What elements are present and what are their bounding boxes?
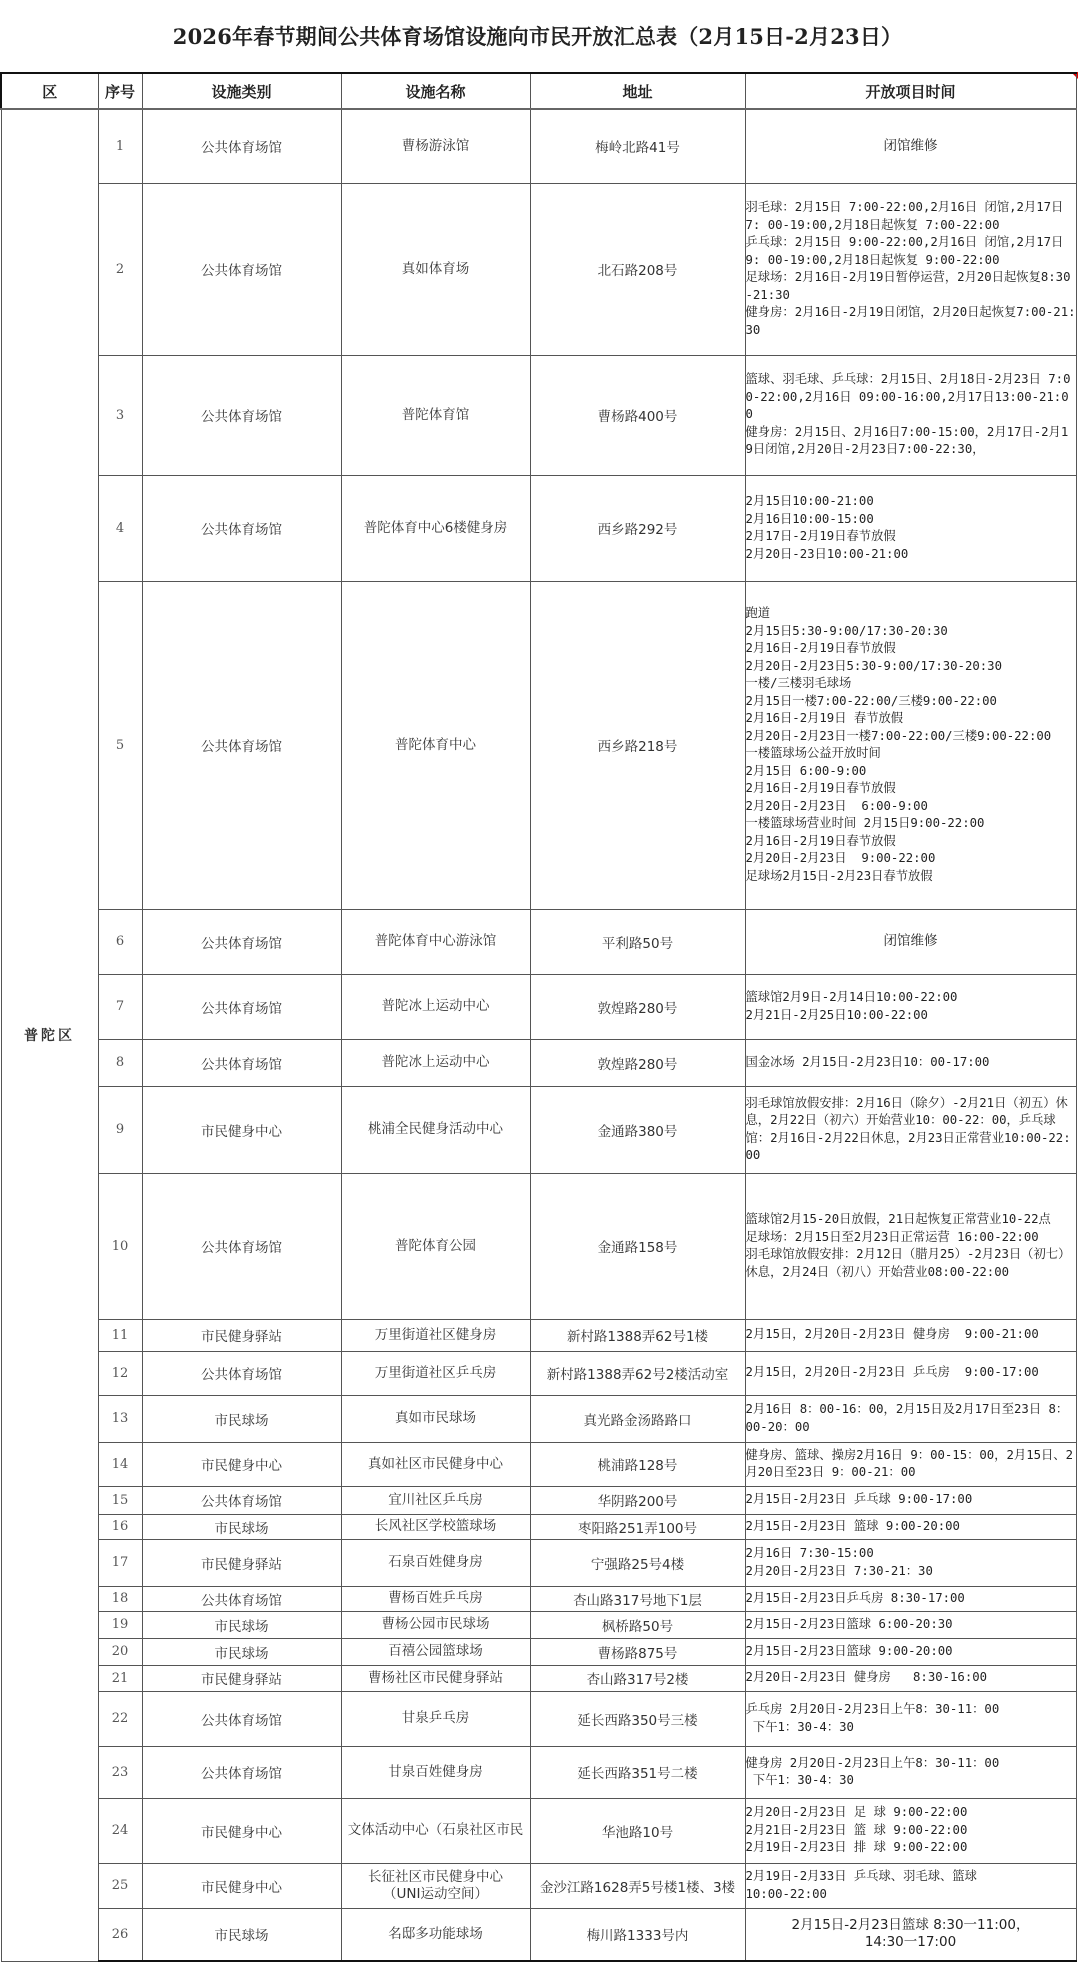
seq-cell: 14 [98,1442,142,1486]
category-cell: 公共体育场馆 [142,1586,341,1611]
address-cell: 平利路50号 [530,909,745,974]
address-cell: 桃浦路128号 [530,1442,745,1486]
address-cell: 金沙江路1628弄5号楼1楼、3楼 [530,1863,745,1908]
table-row: 21市民健身驿站曹杨社区市民健身驿站杏山路317号2楼2月20日-2月23日 健… [1,1665,1076,1691]
table-row: 19市民球场曹杨公园市民球场枫桥路50号2月15日-2月23日篮球 6:00-2… [1,1611,1076,1638]
address-cell: 西乡路292号 [530,475,745,581]
table-row: 5公共体育场馆普陀体育中心西乡路218号跑道 2月15日5:30-9:00/17… [1,581,1076,909]
category-cell: 市民健身驿站 [142,1319,341,1351]
hours-cell: 篮球馆2月9日-2月14日10:00-22:00 2月21日-2月25日10:0… [745,974,1076,1039]
table-row: 3公共体育场馆普陀体育馆曹杨路400号篮球、羽毛球、乒乓球：2月15日、2月18… [1,355,1076,475]
facility-name-cell: 曹杨百姓乒乓房 [341,1586,530,1611]
address-cell: 延长西路350号三楼 [530,1691,745,1746]
seq-cell: 18 [98,1586,142,1611]
hours-cell: 2月15日-2月23日乒乓房 8:30-17:00 [745,1586,1076,1611]
hours-cell: 篮球馆2月15-20日放假，21日起恢复正常营业10-22点 足球场：2月15日… [745,1173,1076,1319]
facility-name-cell: 曹杨游泳馆 [341,109,530,183]
table-row: 24市民健身中心文体活动中心（石泉社区市民华池路10号2月20日-2月23日 足… [1,1798,1076,1863]
facility-name-cell: 普陀体育中心 [341,581,530,909]
header-category: 设施类别 [142,73,341,109]
address-cell: 新村路1388弄62号2楼活动室 [530,1351,745,1395]
seq-cell: 7 [98,974,142,1039]
facility-name-cell: 真如市民球场 [341,1395,530,1442]
page-title: 2026年春节期间公共体育场馆设施向市民开放汇总表（2月15日-2月23日） [0,0,1075,72]
hours-cell: 乒乓房 2月20日-2月23日上午8：30-11：00 下午1：30-4：30 [745,1691,1076,1746]
seq-cell: 2 [98,183,142,355]
table-row: 17市民健身驿站石泉百姓健身房宁强路25号4楼2月16日 7:30-15:00 … [1,1539,1076,1586]
address-cell: 杏山路317号2楼 [530,1665,745,1691]
header-name: 设施名称 [341,73,530,109]
table-row: 15公共体育场馆宜川社区乒乓房华阴路200号2月15日-2月23日 乒乓球 9:… [1,1486,1076,1514]
seq-cell: 12 [98,1351,142,1395]
address-cell: 北石路208号 [530,183,745,355]
hours-cell: 闭馆维修 [745,909,1076,974]
category-cell: 市民球场 [142,1395,341,1442]
facility-name-cell: 真如社区市民健身中心 [341,1442,530,1486]
seq-cell: 17 [98,1539,142,1586]
seq-cell: 10 [98,1173,142,1319]
facility-name-cell: 曹杨社区市民健身驿站 [341,1665,530,1691]
header-address: 地址 [530,73,745,109]
table-header-row: 区 序号 设施类别 设施名称 地址 开放项目时间 [1,73,1076,109]
table-row: 22公共体育场馆甘泉乒乓房延长西路350号三楼乒乓房 2月20日-2月23日上午… [1,1691,1076,1746]
facility-name-cell: 长征社区市民健身中心 （UNI运动空间） [341,1863,530,1908]
address-cell: 梅岭北路41号 [530,109,745,183]
hours-cell: 2月16日 7:30-15:00 2月20日-2月23日 7:30-21：30 [745,1539,1076,1586]
facility-name-cell: 甘泉乒乓房 [341,1691,530,1746]
address-cell: 华阴路200号 [530,1486,745,1514]
hours-cell: 跑道 2月15日5:30-9:00/17:30-20:30 2月16日-2月19… [745,581,1076,909]
category-cell: 市民健身驿站 [142,1665,341,1691]
hours-cell: 2月15日-2月23日篮球 8:30一11:00， 14:30一17:00 [745,1908,1076,1961]
facility-name-cell: 文体活动中心（石泉社区市民 [341,1798,530,1863]
table-row: 普陀区1公共体育场馆曹杨游泳馆梅岭北路41号闭馆维修 [1,109,1076,183]
seq-cell: 15 [98,1486,142,1514]
category-cell: 公共体育场馆 [142,1173,341,1319]
hours-cell: 2月15日-2月23日篮球 9:00-20:00 [745,1638,1076,1665]
district-cell: 普陀区 [1,109,98,1961]
facility-name-cell: 万里街道社区乒乓房 [341,1351,530,1395]
address-cell: 敦煌路280号 [530,1039,745,1086]
facility-name-cell: 曹杨公园市民球场 [341,1611,530,1638]
hours-cell: 闭馆维修 [745,109,1076,183]
address-cell: 曹杨路875号 [530,1638,745,1665]
table-row: 26市民球场名邸多功能球场梅川路1333号内2月15日-2月23日篮球 8:30… [1,1908,1076,1961]
seq-cell: 20 [98,1638,142,1665]
address-cell: 曹杨路400号 [530,355,745,475]
address-cell: 华池路10号 [530,1798,745,1863]
hours-cell: 羽毛球馆放假安排：2月16日（除夕）-2月21日（初五）休息，2月22日（初六）… [745,1086,1076,1173]
seq-cell: 11 [98,1319,142,1351]
facility-name-cell: 普陀冰上运动中心 [341,974,530,1039]
facility-name-cell: 普陀体育中心游泳馆 [341,909,530,974]
facility-name-cell: 普陀体育中心6楼健身房 [341,475,530,581]
header-district: 区 [1,73,98,109]
facility-name-cell: 万里街道社区健身房 [341,1319,530,1351]
category-cell: 公共体育场馆 [142,183,341,355]
seq-cell: 24 [98,1798,142,1863]
hours-cell: 2月15日，2月20日-2月23日 乒乓房 9:00-17:00 [745,1351,1076,1395]
facility-name-cell: 宜川社区乒乓房 [341,1486,530,1514]
hours-cell: 2月19日-2月33日 乒乓球、羽毛球、篮球 10:00-22:00 [745,1863,1076,1908]
facility-name-cell: 真如体育场 [341,183,530,355]
table-row: 25市民健身中心长征社区市民健身中心 （UNI运动空间）金沙江路1628弄5号楼… [1,1863,1076,1908]
category-cell: 公共体育场馆 [142,1486,341,1514]
seq-cell: 22 [98,1691,142,1746]
category-cell: 市民健身中心 [142,1442,341,1486]
facility-name-cell: 桃浦全民健身活动中心 [341,1086,530,1173]
category-cell: 公共体育场馆 [142,355,341,475]
seq-cell: 9 [98,1086,142,1173]
hours-cell: 健身房、篮球、操房2月16日 9：00-15：00，2月15日、2月20日至23… [745,1442,1076,1486]
table-row: 10公共体育场馆普陀体育公园金通路158号篮球馆2月15-20日放假，21日起恢… [1,1173,1076,1319]
table-row: 20市民球场百禧公园篮球场曹杨路875号2月15日-2月23日篮球 9:00-2… [1,1638,1076,1665]
hours-cell: 2月15日-2月23日篮球 6:00-20:30 [745,1611,1076,1638]
facility-name-cell: 石泉百姓健身房 [341,1539,530,1586]
address-cell: 枣阳路251弄100号 [530,1514,745,1539]
address-cell: 金通路380号 [530,1086,745,1173]
table-row: 12公共体育场馆万里街道社区乒乓房新村路1388弄62号2楼活动室2月15日，2… [1,1351,1076,1395]
address-cell: 宁强路25号4楼 [530,1539,745,1586]
header-hours: 开放项目时间 [745,73,1076,109]
category-cell: 公共体育场馆 [142,909,341,974]
address-cell: 杏山路317号地下1层 [530,1586,745,1611]
hours-cell: 国金冰场 2月15日-2月23日10：00-17:00 [745,1039,1076,1086]
table-row: 7公共体育场馆普陀冰上运动中心敦煌路280号篮球馆2月9日-2月14日10:00… [1,974,1076,1039]
hours-cell: 2月15日，2月20日-2月23日 健身房 9:00-21:00 [745,1319,1076,1351]
hours-cell: 2月20日-2月23日 足 球 9:00-22:00 2月21日-2月23日 篮… [745,1798,1076,1863]
facility-name-cell: 普陀体育公园 [341,1173,530,1319]
facility-name-cell: 普陀体育馆 [341,355,530,475]
category-cell: 公共体育场馆 [142,974,341,1039]
facility-name-cell: 甘泉百姓健身房 [341,1746,530,1798]
seq-cell: 26 [98,1908,142,1961]
table-row: 13市民球场真如市民球场真光路金汤路路口2月16日 8：00-16：00，2月1… [1,1395,1076,1442]
facility-name-cell: 名邸多功能球场 [341,1908,530,1961]
category-cell: 公共体育场馆 [142,1039,341,1086]
seq-cell: 1 [98,109,142,183]
table-row: 4公共体育场馆普陀体育中心6楼健身房西乡路292号2月15日10:00-21:0… [1,475,1076,581]
category-cell: 市民球场 [142,1611,341,1638]
seq-cell: 5 [98,581,142,909]
table-row: 6公共体育场馆普陀体育中心游泳馆平利路50号闭馆维修 [1,909,1076,974]
seq-cell: 16 [98,1514,142,1539]
table-row: 8公共体育场馆普陀冰上运动中心敦煌路280号国金冰场 2月15日-2月23日10… [1,1039,1076,1086]
category-cell: 市民健身中心 [142,1086,341,1173]
category-cell: 公共体育场馆 [142,109,341,183]
category-cell: 公共体育场馆 [142,581,341,909]
seq-cell: 6 [98,909,142,974]
category-cell: 市民健身驿站 [142,1539,341,1586]
category-cell: 公共体育场馆 [142,1691,341,1746]
facility-name-cell: 长风社区学校篮球场 [341,1514,530,1539]
hours-cell: 羽毛球：2月15日 7:00-22:00,2月16日 闭馆,2月17日7: 00… [745,183,1076,355]
category-cell: 市民健身中心 [142,1863,341,1908]
facility-name-cell: 百禧公园篮球场 [341,1638,530,1665]
address-cell: 金通路158号 [530,1173,745,1319]
hours-cell: 2月15日-2月23日 乒乓球 9:00-17:00 [745,1486,1076,1514]
category-cell: 公共体育场馆 [142,475,341,581]
table-row: 18公共体育场馆曹杨百姓乒乓房杏山路317号地下1层2月15日-2月23日乒乓房… [1,1586,1076,1611]
category-cell: 市民球场 [142,1514,341,1539]
seq-cell: 4 [98,475,142,581]
hours-cell: 2月20日-2月23日 健身房 8:30-16:00 [745,1665,1076,1691]
hours-cell: 篮球、羽毛球、乒乓球：2月15日、2月18日-2月23日 7:00-22:00,… [745,355,1076,475]
category-cell: 市民健身中心 [142,1798,341,1863]
seq-cell: 23 [98,1746,142,1798]
seq-cell: 3 [98,355,142,475]
address-cell: 新村路1388弄62号1楼 [530,1319,745,1351]
address-cell: 西乡路218号 [530,581,745,909]
category-cell: 市民球场 [142,1908,341,1961]
facility-table: 区 序号 设施类别 设施名称 地址 开放项目时间 普陀区1公共体育场馆曹杨游泳馆… [0,72,1077,1962]
seq-cell: 8 [98,1039,142,1086]
seq-cell: 21 [98,1665,142,1691]
address-cell: 枫桥路50号 [530,1611,745,1638]
category-cell: 市民球场 [142,1638,341,1665]
header-seq: 序号 [98,73,142,109]
hours-cell: 2月16日 8：00-16：00，2月15日及2月17日至23日 8：00-20… [745,1395,1076,1442]
category-cell: 公共体育场馆 [142,1746,341,1798]
hours-cell: 2月15日-2月23日 篮球 9:00-20:00 [745,1514,1076,1539]
address-cell: 真光路金汤路路口 [530,1395,745,1442]
table-row: 16市民球场长风社区学校篮球场枣阳路251弄100号2月15日-2月23日 篮球… [1,1514,1076,1539]
category-cell: 公共体育场馆 [142,1351,341,1395]
hours-cell: 健身房 2月20日-2月23日上午8：30-11：00 下午1：30-4：30 [745,1746,1076,1798]
seq-cell: 19 [98,1611,142,1638]
table-row: 23公共体育场馆甘泉百姓健身房延长西路351号二楼健身房 2月20日-2月23日… [1,1746,1076,1798]
seq-cell: 13 [98,1395,142,1442]
facility-name-cell: 普陀冰上运动中心 [341,1039,530,1086]
table-row: 2公共体育场馆真如体育场北石路208号羽毛球：2月15日 7:00-22:00,… [1,183,1076,355]
address-cell: 延长西路351号二楼 [530,1746,745,1798]
hours-cell: 2月15日10:00-21:00 2月16日10:00-15:00 2月17日-… [745,475,1076,581]
seq-cell: 25 [98,1863,142,1908]
table-row: 14市民健身中心真如社区市民健身中心桃浦路128号健身房、篮球、操房2月16日 … [1,1442,1076,1486]
table-row: 9市民健身中心桃浦全民健身活动中心金通路380号羽毛球馆放假安排：2月16日（除… [1,1086,1076,1173]
address-cell: 梅川路1333号内 [530,1908,745,1961]
table-row: 11市民健身驿站万里街道社区健身房新村路1388弄62号1楼2月15日，2月20… [1,1319,1076,1351]
address-cell: 敦煌路280号 [530,974,745,1039]
